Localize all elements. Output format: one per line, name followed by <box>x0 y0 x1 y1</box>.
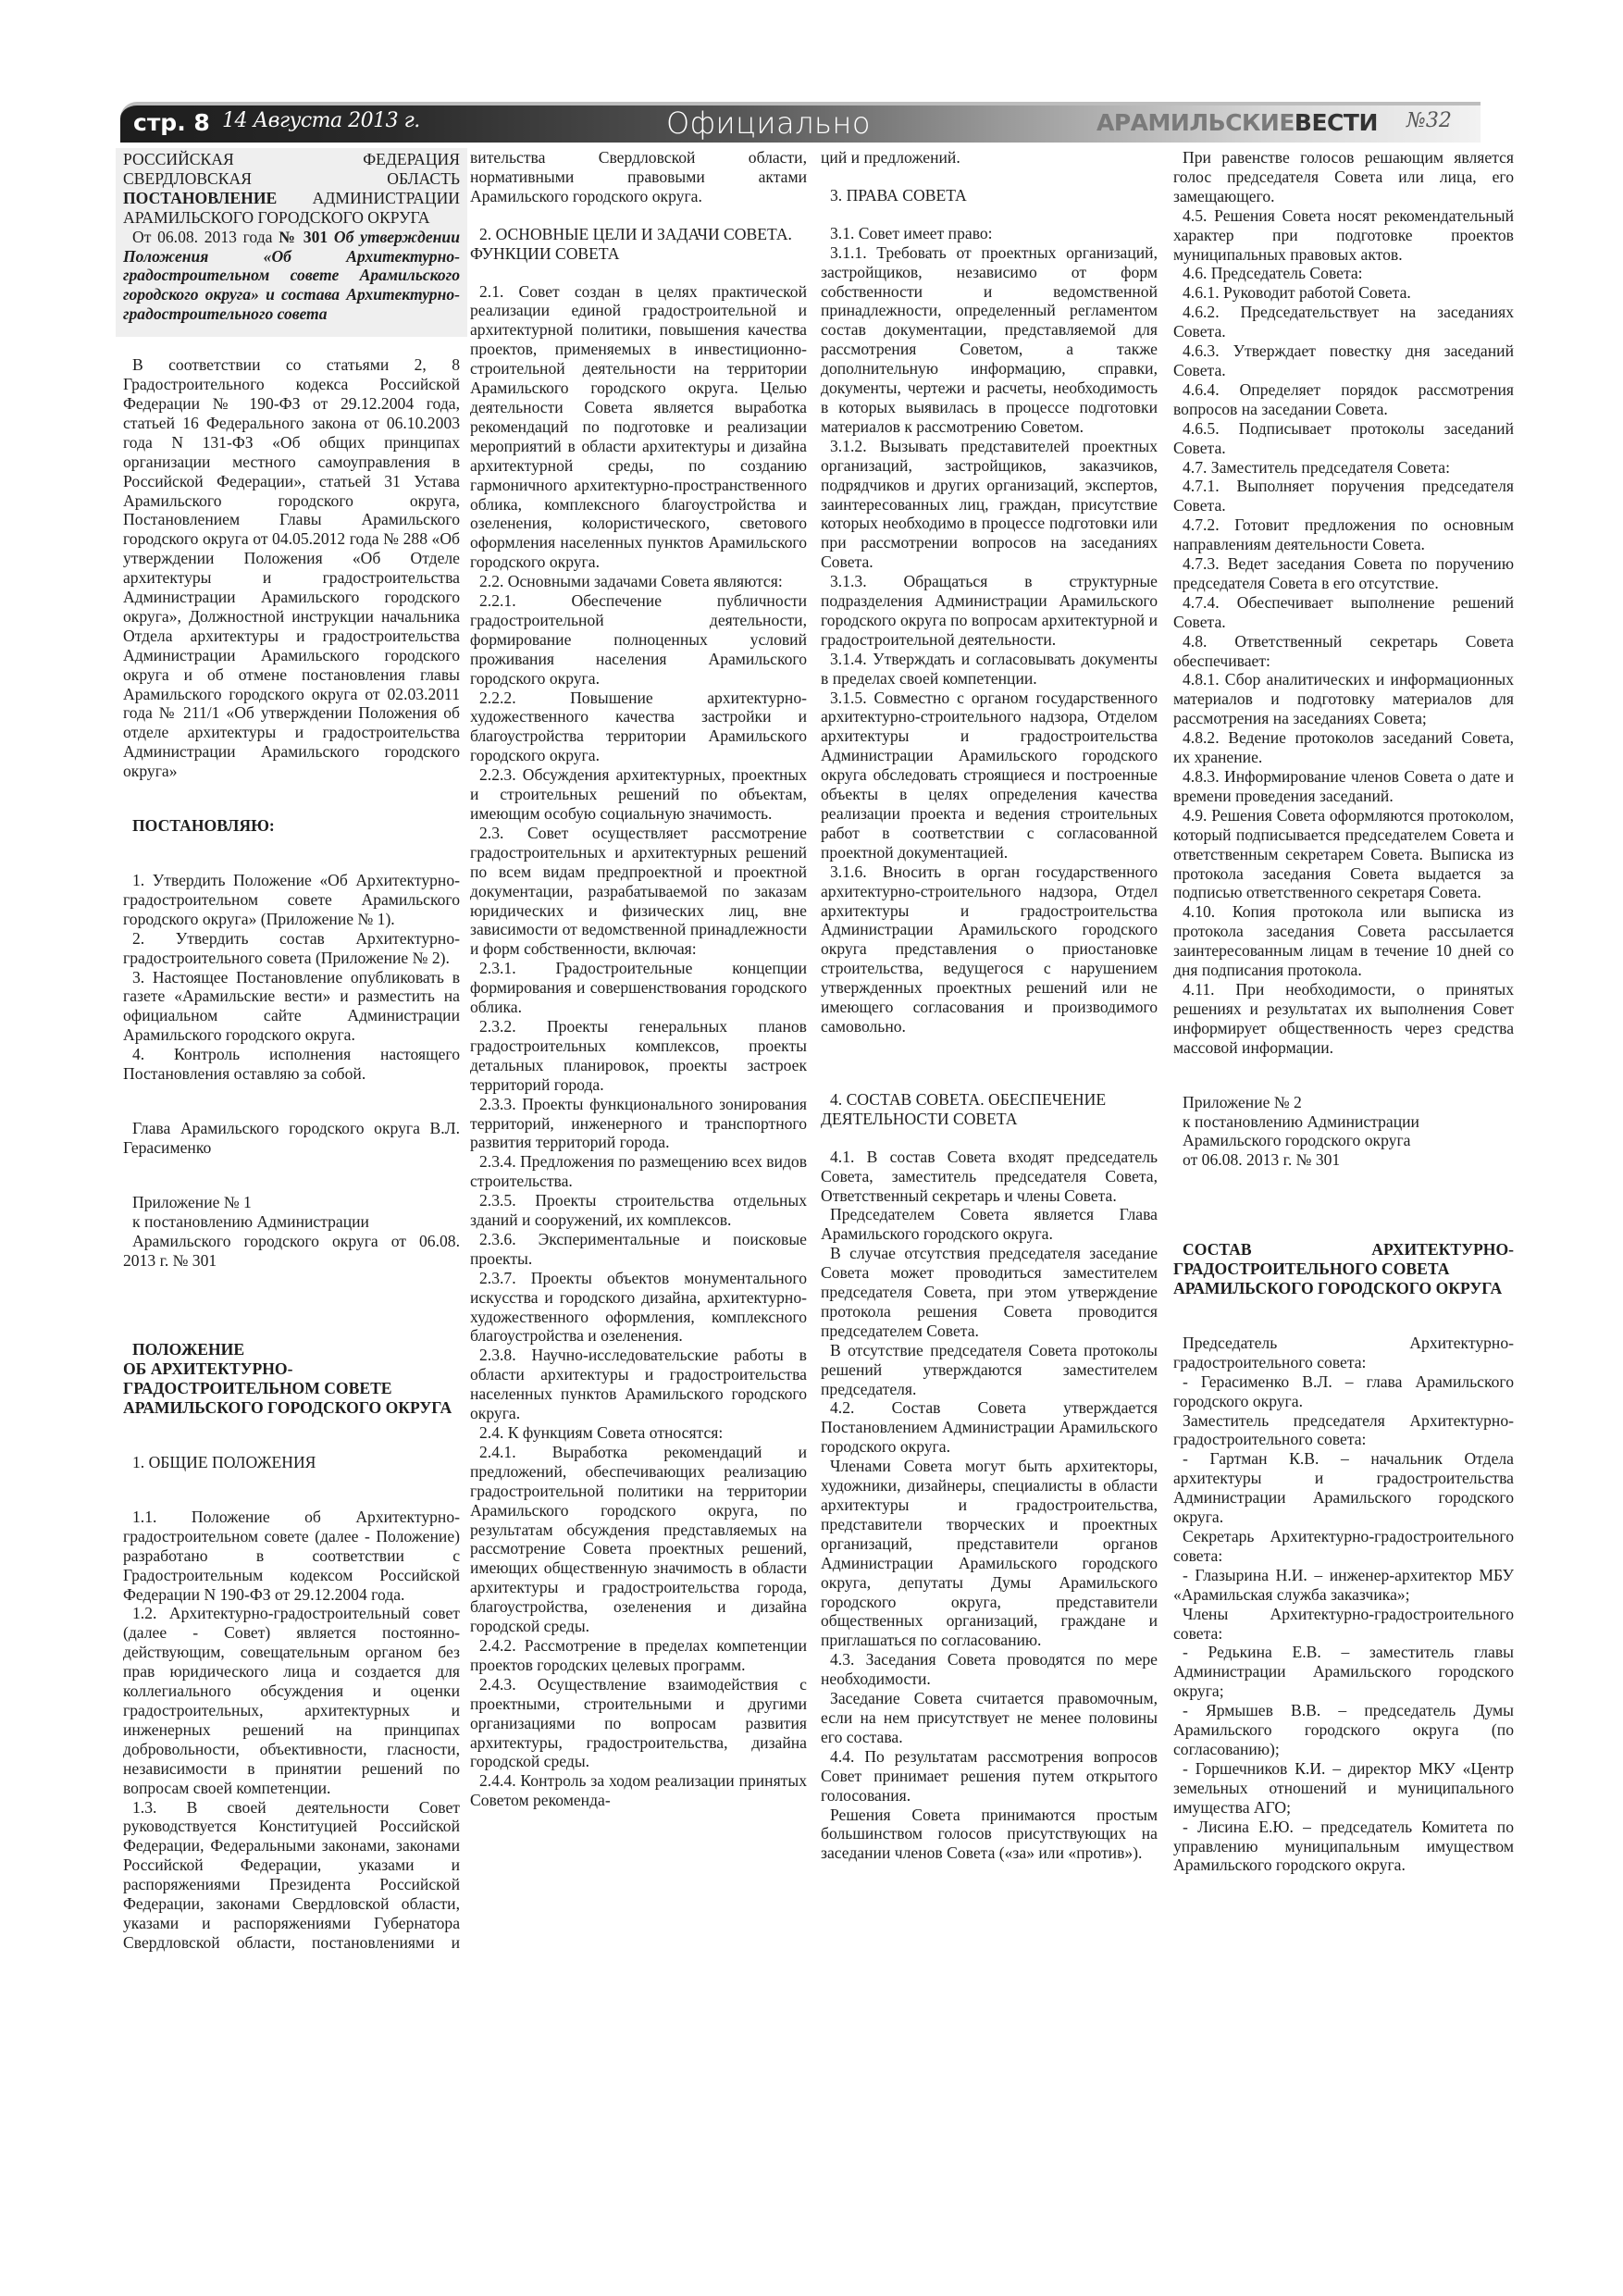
clause: 1.2. Архитектурно-градостроительный сове… <box>123 1604 460 1797</box>
clause: 4.5. Решения Совета носят рекомендательн… <box>1173 206 1514 265</box>
appendix-1-ref: к постановлению Администрации <box>123 1212 460 1232</box>
clause: 2.3.6. Экспериментальные и поисковые про… <box>470 1230 807 1269</box>
clause: 2.2. Основными задачами Совета являются: <box>470 572 807 591</box>
member-line: - Редькина Е.В. – заместитель главы Адми… <box>1173 1643 1514 1701</box>
clause: 4.7.1. Выполняет поручения председателя … <box>1173 477 1514 515</box>
decree-item: 2. Утвердить состав Архитектурно-градост… <box>123 929 460 968</box>
clause: В отсутствие председателя Совета протоко… <box>821 1341 1158 1399</box>
member-line: - Глазырина Н.И. – инженер-архитектор МБ… <box>1173 1566 1514 1605</box>
clause-continuation: вительства Свердловской области, нормати… <box>470 148 807 206</box>
logo-bold: ВЕСТИ <box>1295 109 1378 136</box>
clause: 4.4. По результатам рассмотрения вопросо… <box>821 1747 1158 1806</box>
section-1-heading: 1. ОБЩИЕ ПОЛОЖЕНИЯ <box>123 1453 460 1472</box>
clause: При равенстве голосов решающим является … <box>1173 148 1514 206</box>
logo-light: АРАМИЛЬСКИЕ <box>1096 109 1295 136</box>
issue-number: №32 <box>1406 109 1452 132</box>
section-2-heading: 2. ОСНОВНЫЕ ЦЕЛИ И ЗАДАЧИ СОВЕТА. ФУНКЦИ… <box>470 225 807 264</box>
clause: 3.1.5. Совместно с органом государственн… <box>821 689 1158 863</box>
column-4: При равенстве голосов решающим является … <box>1173 148 1514 1875</box>
appendix-1-label: Приложение № 1 <box>123 1193 460 1212</box>
clause: 4.7.2. Готовит предложения по основным н… <box>1173 515 1514 554</box>
clause: 3.1.2. Вызывать представителей проектных… <box>821 437 1158 572</box>
regulation-title: ПОЛОЖЕНИЕОБ АРХИТЕКТУРНО-ГРАДОСТРОИТЕЛЬН… <box>123 1340 460 1418</box>
member-line: Секретарь Архитектурно-градостроительног… <box>1173 1527 1514 1566</box>
clause: 2.1. Совет создан в целях практической р… <box>470 282 807 573</box>
clause: 2.4.2. Рассмотрение в пределах компетенц… <box>470 1636 807 1675</box>
clause: 4.8.2. Ведение протоколов заседаний Сове… <box>1173 728 1514 767</box>
clause: 4.7.3. Ведет заседания Совета по поручен… <box>1173 554 1514 593</box>
clause: 4.7.4. Обеспечивает выполнение решений С… <box>1173 593 1514 632</box>
clause: 2.2.1. Обеспечение публичности градостро… <box>470 591 807 689</box>
member-line: Члены Архитектурно-градостроительного со… <box>1173 1605 1514 1644</box>
clause: 2.4.4. Контроль за ходом реализации прин… <box>470 1771 807 1810</box>
section-title: Официально <box>666 105 871 141</box>
section-4-heading: 4. СОСТАВ СОВЕТА. ОБЕСПЕЧЕНИЕ ДЕЯТЕЛЬНОС… <box>821 1090 1158 1129</box>
member-line: Председатель Архитектурно-градостроитель… <box>1173 1334 1514 1372</box>
composition-title-line: АРАМИЛЬСКОГО ГОРОДСКОГО ОКРУГА <box>1173 1279 1502 1297</box>
section-3-heading: 3. ПРАВА СОВЕТА <box>821 186 1158 205</box>
clause: 4.8.1. Сбор аналитических и информационн… <box>1173 670 1514 728</box>
clause: 4.8. Ответственный секретарь Совета обес… <box>1173 632 1514 671</box>
clause: 4.6.5. Подписывает протоколы заседаний С… <box>1173 419 1514 458</box>
clause: 4.11. При необходимости, о принятых реше… <box>1173 980 1514 1058</box>
member-line: - Гартман К.В. – начальник Отдела архите… <box>1173 1449 1514 1527</box>
clause: 2.4. К функциям Совета относятся: <box>470 1423 807 1443</box>
clause: 2.3. Совет осуществляет рассмотрение гра… <box>470 824 807 959</box>
member-line: - Горшечников К.И. – директор МКУ «Центр… <box>1173 1759 1514 1818</box>
clause: Председателем Совета является Глава Арам… <box>821 1205 1158 1244</box>
composition-title: СОСТАВ АРХИТЕКТУРНО-ГРАДОСТРОИТЕЛЬНОГО С… <box>1173 1240 1514 1298</box>
clause: 3.1. Совет имеет право: <box>821 224 1158 243</box>
clause: 4.10. Копия протокола или выписка из про… <box>1173 902 1514 980</box>
decree-item: 4. Контроль исполнения настоящего Постан… <box>123 1045 460 1084</box>
regulation-title-line: ОБ АРХИТЕКТУРНО-ГРАДОСТРОИТЕЛЬНОМ СОВЕТЕ <box>123 1359 392 1397</box>
clause: 2.2.3. Обсуждения архитектурных, проектн… <box>470 765 807 824</box>
clause-continuation: ций и предложений. <box>821 148 1158 168</box>
clause: 2.3.4. Предложения по размещению всех ви… <box>470 1152 807 1191</box>
clause: 2.3.7. Проекты объектов монументального … <box>470 1269 807 1347</box>
decree-date: От 06.08. 2013 года <box>132 228 279 246</box>
issue-date: 14 Августа 2013 г. <box>222 109 420 132</box>
member-line: - Герасименко В.Л. – глава Арамильского … <box>1173 1372 1514 1411</box>
column-2: вительства Свердловской области, нормати… <box>470 148 807 1810</box>
regulation-title-line: ПОЛОЖЕНИЕ <box>132 1340 244 1359</box>
clause: 2.2.2. Повышение архитектурно-художестве… <box>470 689 807 766</box>
clause: 3.1.4. Утверждать и согласовывать докуме… <box>821 650 1158 689</box>
clause: Членами Совета могут быть архитекторы, х… <box>821 1457 1158 1650</box>
decree-item: 1. Утвердить Положение «Об Архитектурно-… <box>123 871 460 929</box>
clause: 4.6.3. Утверждает повестку дня заседаний… <box>1173 341 1514 380</box>
clause: 4.6. Председатель Совета: <box>1173 264 1514 283</box>
appendix-2-ref: Арамильского городского округа <box>1173 1131 1514 1150</box>
clause: В случае отсутствия председателя заседан… <box>821 1244 1158 1341</box>
clause: 2.4.1. Выработка рекомендаций и предложе… <box>470 1443 807 1636</box>
member-line: - Лисина Е.Ю. – председатель Комитета по… <box>1173 1818 1514 1876</box>
regulation-title-line: АРАМИЛЬСКОГО ГОРОДСКОГО ОКРУГА <box>123 1398 452 1417</box>
clause: 4.6.1. Руководит работой Совета. <box>1173 283 1514 303</box>
appendix-2-label: Приложение № 2 <box>1173 1093 1514 1112</box>
clause: 2.3.2. Проекты генеральных планов градос… <box>470 1017 807 1095</box>
clause: 4.2. Состав Совета утверждается Постанов… <box>821 1398 1158 1457</box>
member-line: - Ярмышев В.В. – председатель Думы Арами… <box>1173 1701 1514 1759</box>
clause: 1.1. Положение об Архитектурно-градостро… <box>123 1508 460 1605</box>
clause: 4.1. В состав Совета входят председатель… <box>821 1148 1158 1206</box>
header-bold: ПОСТАНОВЛЕНИЕ <box>123 189 277 207</box>
clause: Заседание Совета считается правомочным, … <box>821 1689 1158 1747</box>
clause: 1.3. В своей деятельности Совет руководс… <box>123 1798 460 1954</box>
decree-item: 3. Настоящее Постановление опубликовать … <box>123 968 460 1046</box>
appendix-1-ref: Арамильского городского округа от 06.08.… <box>123 1232 460 1271</box>
masthead-bar: стр. 8 14 Августа 2013 г. Официально АРА… <box>120 102 1481 143</box>
clause: 2.4.3. Осуществление взаимодействия с пр… <box>470 1675 807 1772</box>
composition-title-line: СОСТАВ АРХИТЕКТУРНО-ГРАДОСТРОИТЕЛЬНОГО С… <box>1173 1240 1514 1278</box>
preamble: В соответствии со статьями 2, 8 Градостр… <box>123 355 460 781</box>
decree-title: От 06.08. 2013 года № 301 Об утверждении… <box>123 228 460 325</box>
clause: 4.8.3. Информирование членов Совета о да… <box>1173 767 1514 806</box>
decree-header: РОССИЙСКАЯ ФЕДЕРАЦИЯ СВЕРДЛОВСКАЯ ОБЛАСТ… <box>123 150 460 228</box>
appendix-2-ref: к постановлению Администрации <box>1173 1112 1514 1132</box>
column-3: ций и предложений. 3. ПРАВА СОВЕТА 3.1. … <box>821 148 1158 1863</box>
newspaper-logo: АРАМИЛЬСКИЕВЕСТИ <box>1096 109 1378 136</box>
clause: 2.3.5. Проекты строительства отдельных з… <box>470 1191 807 1230</box>
clause: 4.3. Заседания Совета проводятся по мере… <box>821 1650 1158 1689</box>
clause: 4.9. Решения Совета оформляются протокол… <box>1173 806 1514 903</box>
clause: 2.3.1. Градостроительные концепции форми… <box>470 959 807 1017</box>
decree-header-box: РОССИЙСКАЯ ФЕДЕРАЦИЯ СВЕРДЛОВСКАЯ ОБЛАСТ… <box>116 148 467 337</box>
decree-number: № 301 <box>279 228 328 246</box>
decree-heading: ПОСТАНОВЛЯЮ: <box>123 816 460 836</box>
clause: 4.7. Заместитель председателя Совета: <box>1173 458 1514 478</box>
appendix-2-ref: от 06.08. 2013 г. № 301 <box>1173 1150 1514 1170</box>
page-number: стр. 8 <box>133 109 210 136</box>
clause: 2.3.8. Научно-исследовательские работы в… <box>470 1346 807 1423</box>
signature: Глава Арамильского городского округа В.Л… <box>123 1119 460 1158</box>
clause: 3.1.1. Требовать от проектных организаци… <box>821 243 1158 437</box>
clause: 4.6.4. Определяет порядок рассмотрения в… <box>1173 380 1514 419</box>
clause: Решения Совета принимаются простым больш… <box>821 1806 1158 1864</box>
clause: 3.1.6. Вносить в орган государственного … <box>821 863 1158 1036</box>
clause: 2.3.3. Проекты функционального зонирован… <box>470 1095 807 1153</box>
clause: 4.6.2. Председательствует на заседаниях … <box>1173 303 1514 341</box>
clause: 3.1.3. Обращаться в структурные подразде… <box>821 572 1158 650</box>
column-1: РОССИЙСКАЯ ФЕДЕРАЦИЯ СВЕРДЛОВСКАЯ ОБЛАСТ… <box>123 148 460 1954</box>
header-text: РОССИЙСКАЯ ФЕДЕРАЦИЯ СВЕРДЛОВСКАЯ ОБЛАСТ… <box>123 150 460 188</box>
member-line: Заместитель председателя Архитектурно-гр… <box>1173 1411 1514 1450</box>
